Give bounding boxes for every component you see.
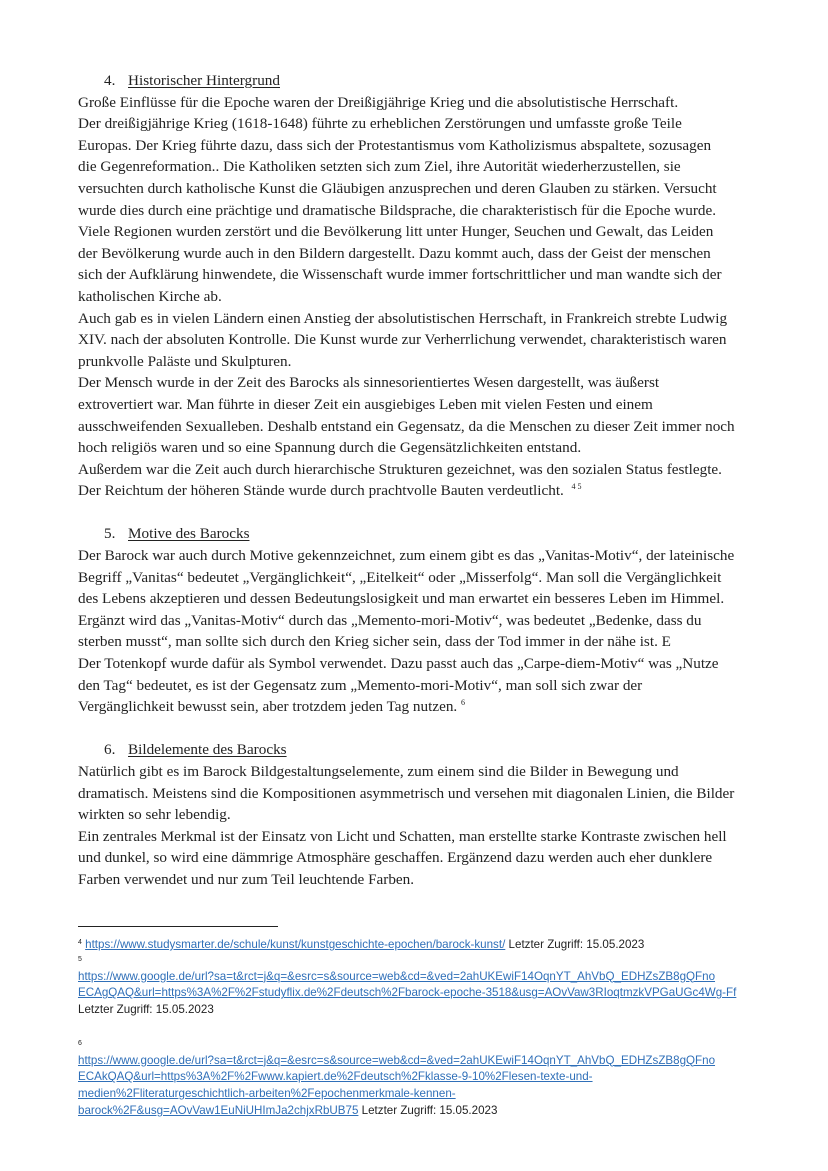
text-line: Vergänglichkeit bewusst sein, aber trotz… bbox=[78, 696, 778, 718]
footnote-link[interactable]: medien%2Fliteraturgeschichtlich-arbeiten… bbox=[78, 1087, 456, 1100]
text-line: Begriff „Vanitas“ bedeutet „Vergänglichk… bbox=[78, 567, 778, 589]
footnote-4: 4 https://www.studysmarter.de/schule/kun… bbox=[78, 935, 798, 952]
text-line: Der Barock war auch durch Motive gekennz… bbox=[78, 545, 778, 567]
text-line: hoch religiös waren und so eine Spannung… bbox=[78, 437, 778, 459]
text-line: wirkten so sehr lebendig. bbox=[78, 804, 778, 826]
footnote-5-link-line: https://www.google.de/url?sa=t&rct=j&q=&… bbox=[78, 969, 798, 986]
text-line: Natürlich gibt es im Barock Bildgestaltu… bbox=[78, 761, 778, 783]
section-number: 4. bbox=[104, 70, 128, 92]
footnote-number: 6 bbox=[78, 1040, 82, 1047]
text-span: Vergänglichkeit bewusst sein, aber trotz… bbox=[78, 698, 457, 715]
text-line: Viele Regionen wurden zerstört und die B… bbox=[78, 221, 778, 243]
spacer bbox=[78, 1019, 798, 1036]
footnote-ref[interactable]: 4 5 bbox=[571, 482, 581, 491]
footnote-number: 5 bbox=[78, 956, 82, 963]
document-body: 4.Historischer Hintergrund Große Einflüs… bbox=[78, 70, 778, 891]
section-title: Motive des Barocks bbox=[128, 525, 249, 542]
footnote-link[interactable]: ECAkQAQ&url=https%3A%2F%2Fwww.kapiert.de… bbox=[78, 1070, 593, 1083]
text-line: Europas. Der Krieg führte dazu, dass sic… bbox=[78, 135, 778, 157]
text-line: des Lebens akzeptieren und dessen Bedeut… bbox=[78, 588, 778, 610]
section-title: Historischer Hintergrund bbox=[128, 72, 280, 89]
text-line: XIV. nach der absoluten Kontrolle. Die K… bbox=[78, 329, 778, 351]
text-line: Auch gab es in vielen Ländern einen Anst… bbox=[78, 308, 778, 330]
footnote-6-link-line: ECAkQAQ&url=https%3A%2F%2Fwww.kapiert.de… bbox=[78, 1069, 798, 1086]
footnotes: 4 https://www.studysmarter.de/schule/kun… bbox=[78, 935, 798, 1120]
footnote-link[interactable]: https://www.google.de/url?sa=t&rct=j&q=&… bbox=[78, 970, 715, 983]
text-line: katholischen Kirche ab. bbox=[78, 286, 778, 308]
text-span: Der Reichtum der höheren Stände wurde du… bbox=[78, 482, 564, 499]
text-line: Der dreißigjährige Krieg (1618-1648) füh… bbox=[78, 113, 778, 135]
section-heading-5: 5.Motive des Barocks bbox=[78, 523, 778, 545]
text-line: extrovertiert war. Man führte in dieser … bbox=[78, 394, 778, 416]
text-line: Große Einflüsse für die Epoche waren der… bbox=[78, 92, 778, 114]
footnote-separator bbox=[78, 926, 278, 927]
footnote-5-link-line: ECAgQAQ&url=https%3A%2F%2Fstudyflix.de%2… bbox=[78, 985, 798, 1002]
spacer bbox=[78, 502, 778, 524]
text-line: der Bevölkerung wurde auch in den Bilder… bbox=[78, 243, 778, 265]
section-title: Bildelemente des Barocks bbox=[128, 741, 287, 758]
text-line: dramatisch. Meistens sind die Kompositio… bbox=[78, 783, 778, 805]
text-line: und dunkel, so wird eine dämmrige Atmosp… bbox=[78, 847, 778, 869]
text-line: Ergänzt wird das „Vanitas-Motiv“ durch d… bbox=[78, 610, 778, 632]
text-line: sich der Aufklärung hinwendete, die Wiss… bbox=[78, 264, 778, 286]
text-line: die Gegenreformation.. Die Katholiken se… bbox=[78, 156, 778, 178]
section-number: 6. bbox=[104, 739, 128, 761]
text-line: den Tag“ bedeutet, es ist der Gegensatz … bbox=[78, 675, 778, 697]
access-date: Letzter Zugriff: 15.05.2023 bbox=[362, 1104, 498, 1117]
text-line: prunkvolle Paläste und Skulpturen. bbox=[78, 351, 778, 373]
section-6-body: Natürlich gibt es im Barock Bildgestaltu… bbox=[78, 761, 778, 891]
section-heading-6: 6.Bildelemente des Barocks bbox=[78, 739, 778, 761]
footnote-number: 4 bbox=[78, 939, 82, 946]
footnote-6-link-line: https://www.google.de/url?sa=t&rct=j&q=&… bbox=[78, 1053, 798, 1070]
footnote-link[interactable]: https://www.google.de/url?sa=t&rct=j&q=&… bbox=[78, 1054, 715, 1067]
section-heading-4: 4.Historischer Hintergrund bbox=[78, 70, 778, 92]
footnote-ref[interactable]: 6 bbox=[461, 698, 465, 707]
text-line: versuchten durch katholische Kunst die G… bbox=[78, 178, 778, 200]
section-5-body: Der Barock war auch durch Motive gekennz… bbox=[78, 545, 778, 718]
access-date: Letzter Zugriff: 15.05.2023 bbox=[509, 938, 645, 951]
section-4-body: Große Einflüsse für die Epoche waren der… bbox=[78, 92, 778, 502]
footnote-6-link-line: medien%2Fliteraturgeschichtlich-arbeiten… bbox=[78, 1086, 798, 1103]
text-line: Der Totenkopf wurde dafür als Symbol ver… bbox=[78, 653, 778, 675]
text-line: Ein zentrales Merkmal ist der Einsatz vo… bbox=[78, 826, 778, 848]
text-line: ausschweifenden Sexualleben. Deshalb ent… bbox=[78, 416, 778, 438]
footnote-6-number-line: 6 bbox=[78, 1036, 798, 1053]
text-line: Außerdem war die Zeit auch durch hierarc… bbox=[78, 459, 778, 481]
text-line: wurde dies durch eine prächtige und dram… bbox=[78, 200, 778, 222]
footnote-link[interactable]: barock%2F&usg=AOvVaw1EuNiUHImJa2chjxRbUB… bbox=[78, 1104, 358, 1117]
footnote-link[interactable]: https://www.studysmarter.de/schule/kunst… bbox=[85, 938, 505, 951]
text-line: Der Mensch wurde in der Zeit des Barocks… bbox=[78, 372, 778, 394]
footnote-6-link-line: barock%2F&usg=AOvVaw1EuNiUHImJa2chjxRbUB… bbox=[78, 1103, 798, 1120]
footnote-5-number-line: 5 bbox=[78, 952, 798, 969]
footnote-link[interactable]: ECAgQAQ&url=https%3A%2F%2Fstudyflix.de%2… bbox=[78, 986, 736, 999]
section-number: 5. bbox=[104, 523, 128, 545]
text-line: Der Reichtum der höheren Stände wurde du… bbox=[78, 480, 778, 502]
text-line: sterben musst“, man sollte sich durch de… bbox=[78, 631, 778, 653]
text-line: Farben verwendet und nur zum Teil leucht… bbox=[78, 869, 778, 891]
spacer bbox=[78, 718, 778, 740]
access-date: Letzter Zugriff: 15.05.2023 bbox=[78, 1002, 798, 1019]
